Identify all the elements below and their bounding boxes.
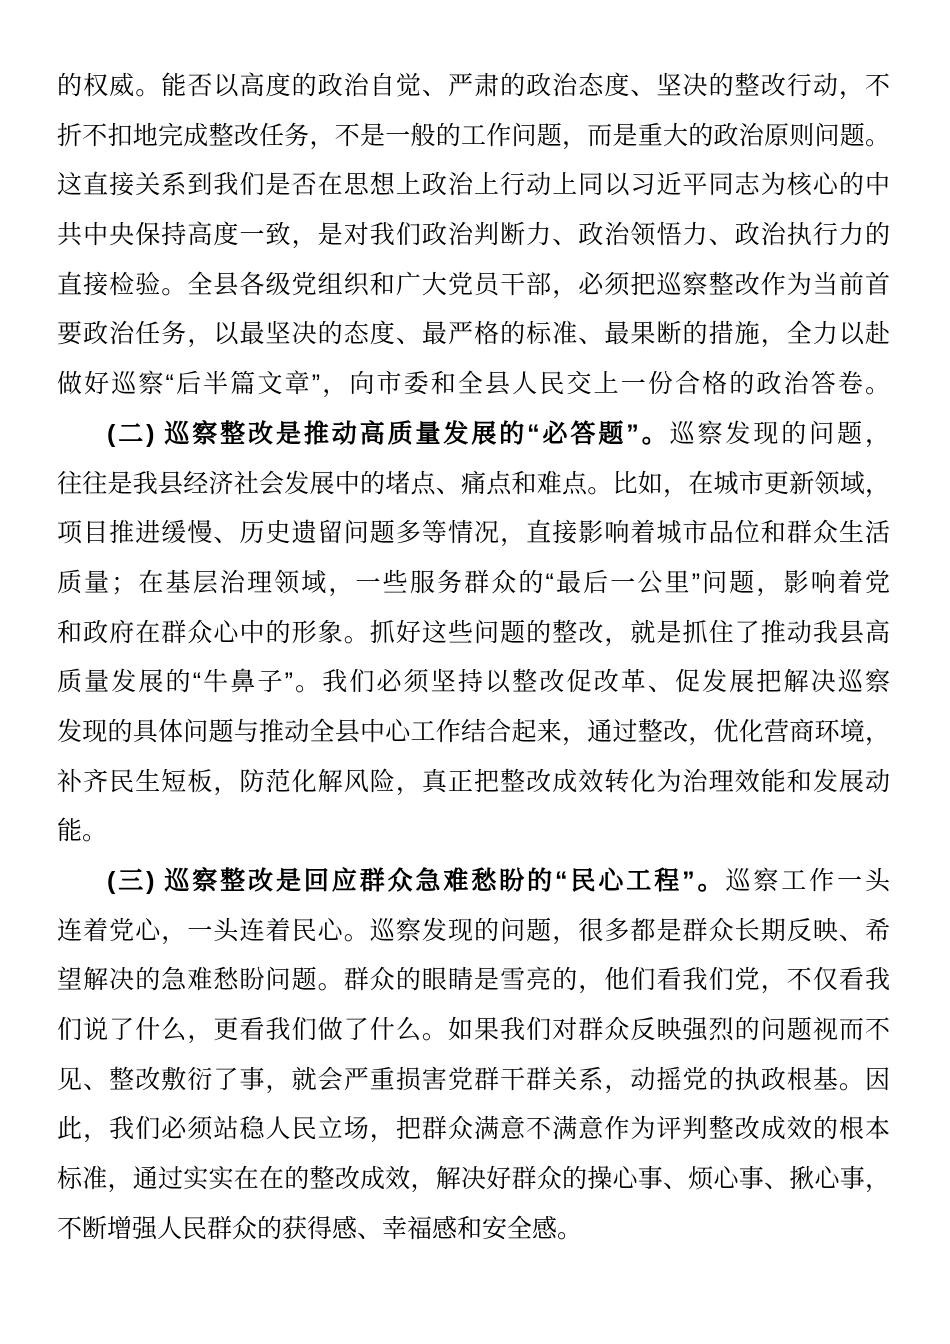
- text-line: 质量发展的“牛鼻子”。我们必须坚持以整改促改革、促发展把解决巡察: [57, 658, 890, 708]
- body-text: 的权威。能否以高度的政治自觉、严肃的政治态度、坚决的整改行动，不: [57, 72, 890, 100]
- body-text: 补齐民生短板，防范化解风险，真正把整改成效转化为治理效能和发展动: [57, 768, 890, 796]
- text-line: 的权威。能否以高度的政治自觉、严肃的政治态度、坚决的整改行动，不: [57, 62, 890, 112]
- body-text: 要政治任务，以最坚决的态度、最严格的标准、最果断的措施，全力以赴: [57, 320, 890, 348]
- text-line: 往往是我县经济社会发展中的堵点、痛点和难点。比如，在城市更新领域，: [57, 460, 890, 510]
- text-line: 补齐民生短板，防范化解风险，真正把整改成效转化为治理效能和发展动: [57, 758, 890, 808]
- document-page: 的权威。能否以高度的政治自觉、严肃的政治态度、坚决的整改行动，不折不扣地完成整改…: [0, 0, 950, 1344]
- text-line: 项目推进缓慢、历史遗留问题多等情况，直接影响着城市品位和群众生活: [57, 509, 890, 559]
- text-line: 折不扣地完成整改任务，不是一般的工作问题，而是重大的政治原则问题。: [57, 112, 890, 162]
- body-text: 和政府在群众心中的形象。抓好这些问题的整改，就是抓住了推动我县高: [57, 619, 890, 647]
- body-text: 此，我们必须站稳人民立场，把群众满意不满意作为评判整改成效的根本: [57, 1115, 890, 1143]
- text-line: 们说了什么，更看我们做了什么。如果我们对群众反映强烈的问题视而不: [57, 1006, 890, 1056]
- heading-bold-text: (三) 巡察整改是回应群众急难愁盼的“民心工程”。: [107, 867, 725, 895]
- body-text: 巡察发现的问题，: [670, 420, 890, 448]
- paragraph-heading-line: (三) 巡察整改是回应群众急难愁盼的“民心工程”。巡察工作一头: [57, 857, 890, 907]
- text-line: 直接检验。全县各级党组织和广大党员干部，必须把巡察整改作为当前首: [57, 261, 890, 311]
- text-line: 不断增强人民群众的获得感、幸福感和安全感。: [57, 1205, 890, 1255]
- body-text: 质量发展的“牛鼻子”。我们必须坚持以整改促改革、促发展把解决巡察: [57, 668, 890, 696]
- text-line: 共中央保持高度一致，是对我们政治判断力、政治领悟力、政治执行力的: [57, 211, 890, 261]
- text-line: 这直接关系到我们是否在思想上政治上行动上同以习近平同志为核心的中: [57, 161, 890, 211]
- text-line: 此，我们必须站稳人民立场，把群众满意不满意作为评判整改成效的根本: [57, 1105, 890, 1155]
- body-text: 共中央保持高度一致，是对我们政治判断力、政治领悟力、政治执行力的: [57, 221, 890, 249]
- body-text: 们说了什么，更看我们做了什么。如果我们对群众反映强烈的问题视而不: [57, 1016, 890, 1044]
- body-text: 不断增强人民群众的获得感、幸福感和安全感。: [57, 1215, 582, 1243]
- body-text: 连着党心，一头连着民心。巡察发现的问题，很多都是群众长期反映、希: [57, 917, 890, 945]
- body-text: 往往是我县经济社会发展中的堵点、痛点和难点。比如，在城市更新领域，: [57, 470, 890, 498]
- body-text: 项目推进缓慢、历史遗留问题多等情况，直接影响着城市品位和群众生活: [57, 519, 890, 547]
- body-text: 见、整改敷衍了事，就会严重损害党群干群关系，动摇党的执政根基。因: [57, 1066, 890, 1094]
- body-text: 直接检验。全县各级党组织和广大党员干部，必须把巡察整改作为当前首: [57, 271, 890, 299]
- document-content: 的权威。能否以高度的政治自觉、严肃的政治态度、坚决的整改行动，不折不扣地完成整改…: [57, 62, 890, 1255]
- text-line: 见、整改敷衍了事，就会严重损害党群干群关系，动摇党的执政根基。因: [57, 1056, 890, 1106]
- text-line: 标准，通过实实在在的整改成效，解决好群众的操心事、烦心事、揪心事，: [57, 1155, 890, 1205]
- text-line: 连着党心，一头连着民心。巡察发现的问题，很多都是群众长期反映、希: [57, 907, 890, 957]
- body-text: 能。: [57, 817, 107, 845]
- text-line: 望解决的急难愁盼问题。群众的眼睛是雪亮的，他们看我们党，不仅看我: [57, 956, 890, 1006]
- body-text: 发现的具体问题与推动全县中心工作结合起来，通过整改，优化营商环境，: [57, 718, 890, 746]
- heading-bold-text: (二) 巡察整改是推动高质量发展的“必答题”。: [107, 420, 670, 448]
- paragraph-heading-line: (二) 巡察整改是推动高质量发展的“必答题”。巡察发现的问题，: [57, 410, 890, 460]
- body-text: 做好巡察“后半篇文章”，向市委和全县人民交上一份合格的政治答卷。: [57, 370, 890, 398]
- text-line: 发现的具体问题与推动全县中心工作结合起来，通过整改，优化营商环境，: [57, 708, 890, 758]
- text-line: 能。: [57, 807, 890, 857]
- body-text: 标准，通过实实在在的整改成效，解决好群众的操心事、烦心事、揪心事，: [57, 1165, 890, 1193]
- body-text: 巡察工作一头: [725, 867, 890, 895]
- text-line: 要政治任务，以最坚决的态度、最严格的标准、最果断的措施，全力以赴: [57, 310, 890, 360]
- body-text: 这直接关系到我们是否在思想上政治上行动上同以习近平同志为核心的中: [57, 171, 890, 199]
- text-line: 质量；在基层治理领域，一些服务群众的“最后一公里”问题，影响着党: [57, 559, 890, 609]
- body-text: 质量；在基层治理领域，一些服务群众的“最后一公里”问题，影响着党: [57, 569, 890, 597]
- text-line: 和政府在群众心中的形象。抓好这些问题的整改，就是抓住了推动我县高: [57, 609, 890, 659]
- body-text: 折不扣地完成整改任务，不是一般的工作问题，而是重大的政治原则问题。: [57, 122, 890, 150]
- body-text: 望解决的急难愁盼问题。群众的眼睛是雪亮的，他们看我们党，不仅看我: [57, 966, 890, 994]
- text-line: 做好巡察“后半篇文章”，向市委和全县人民交上一份合格的政治答卷。: [57, 360, 890, 410]
